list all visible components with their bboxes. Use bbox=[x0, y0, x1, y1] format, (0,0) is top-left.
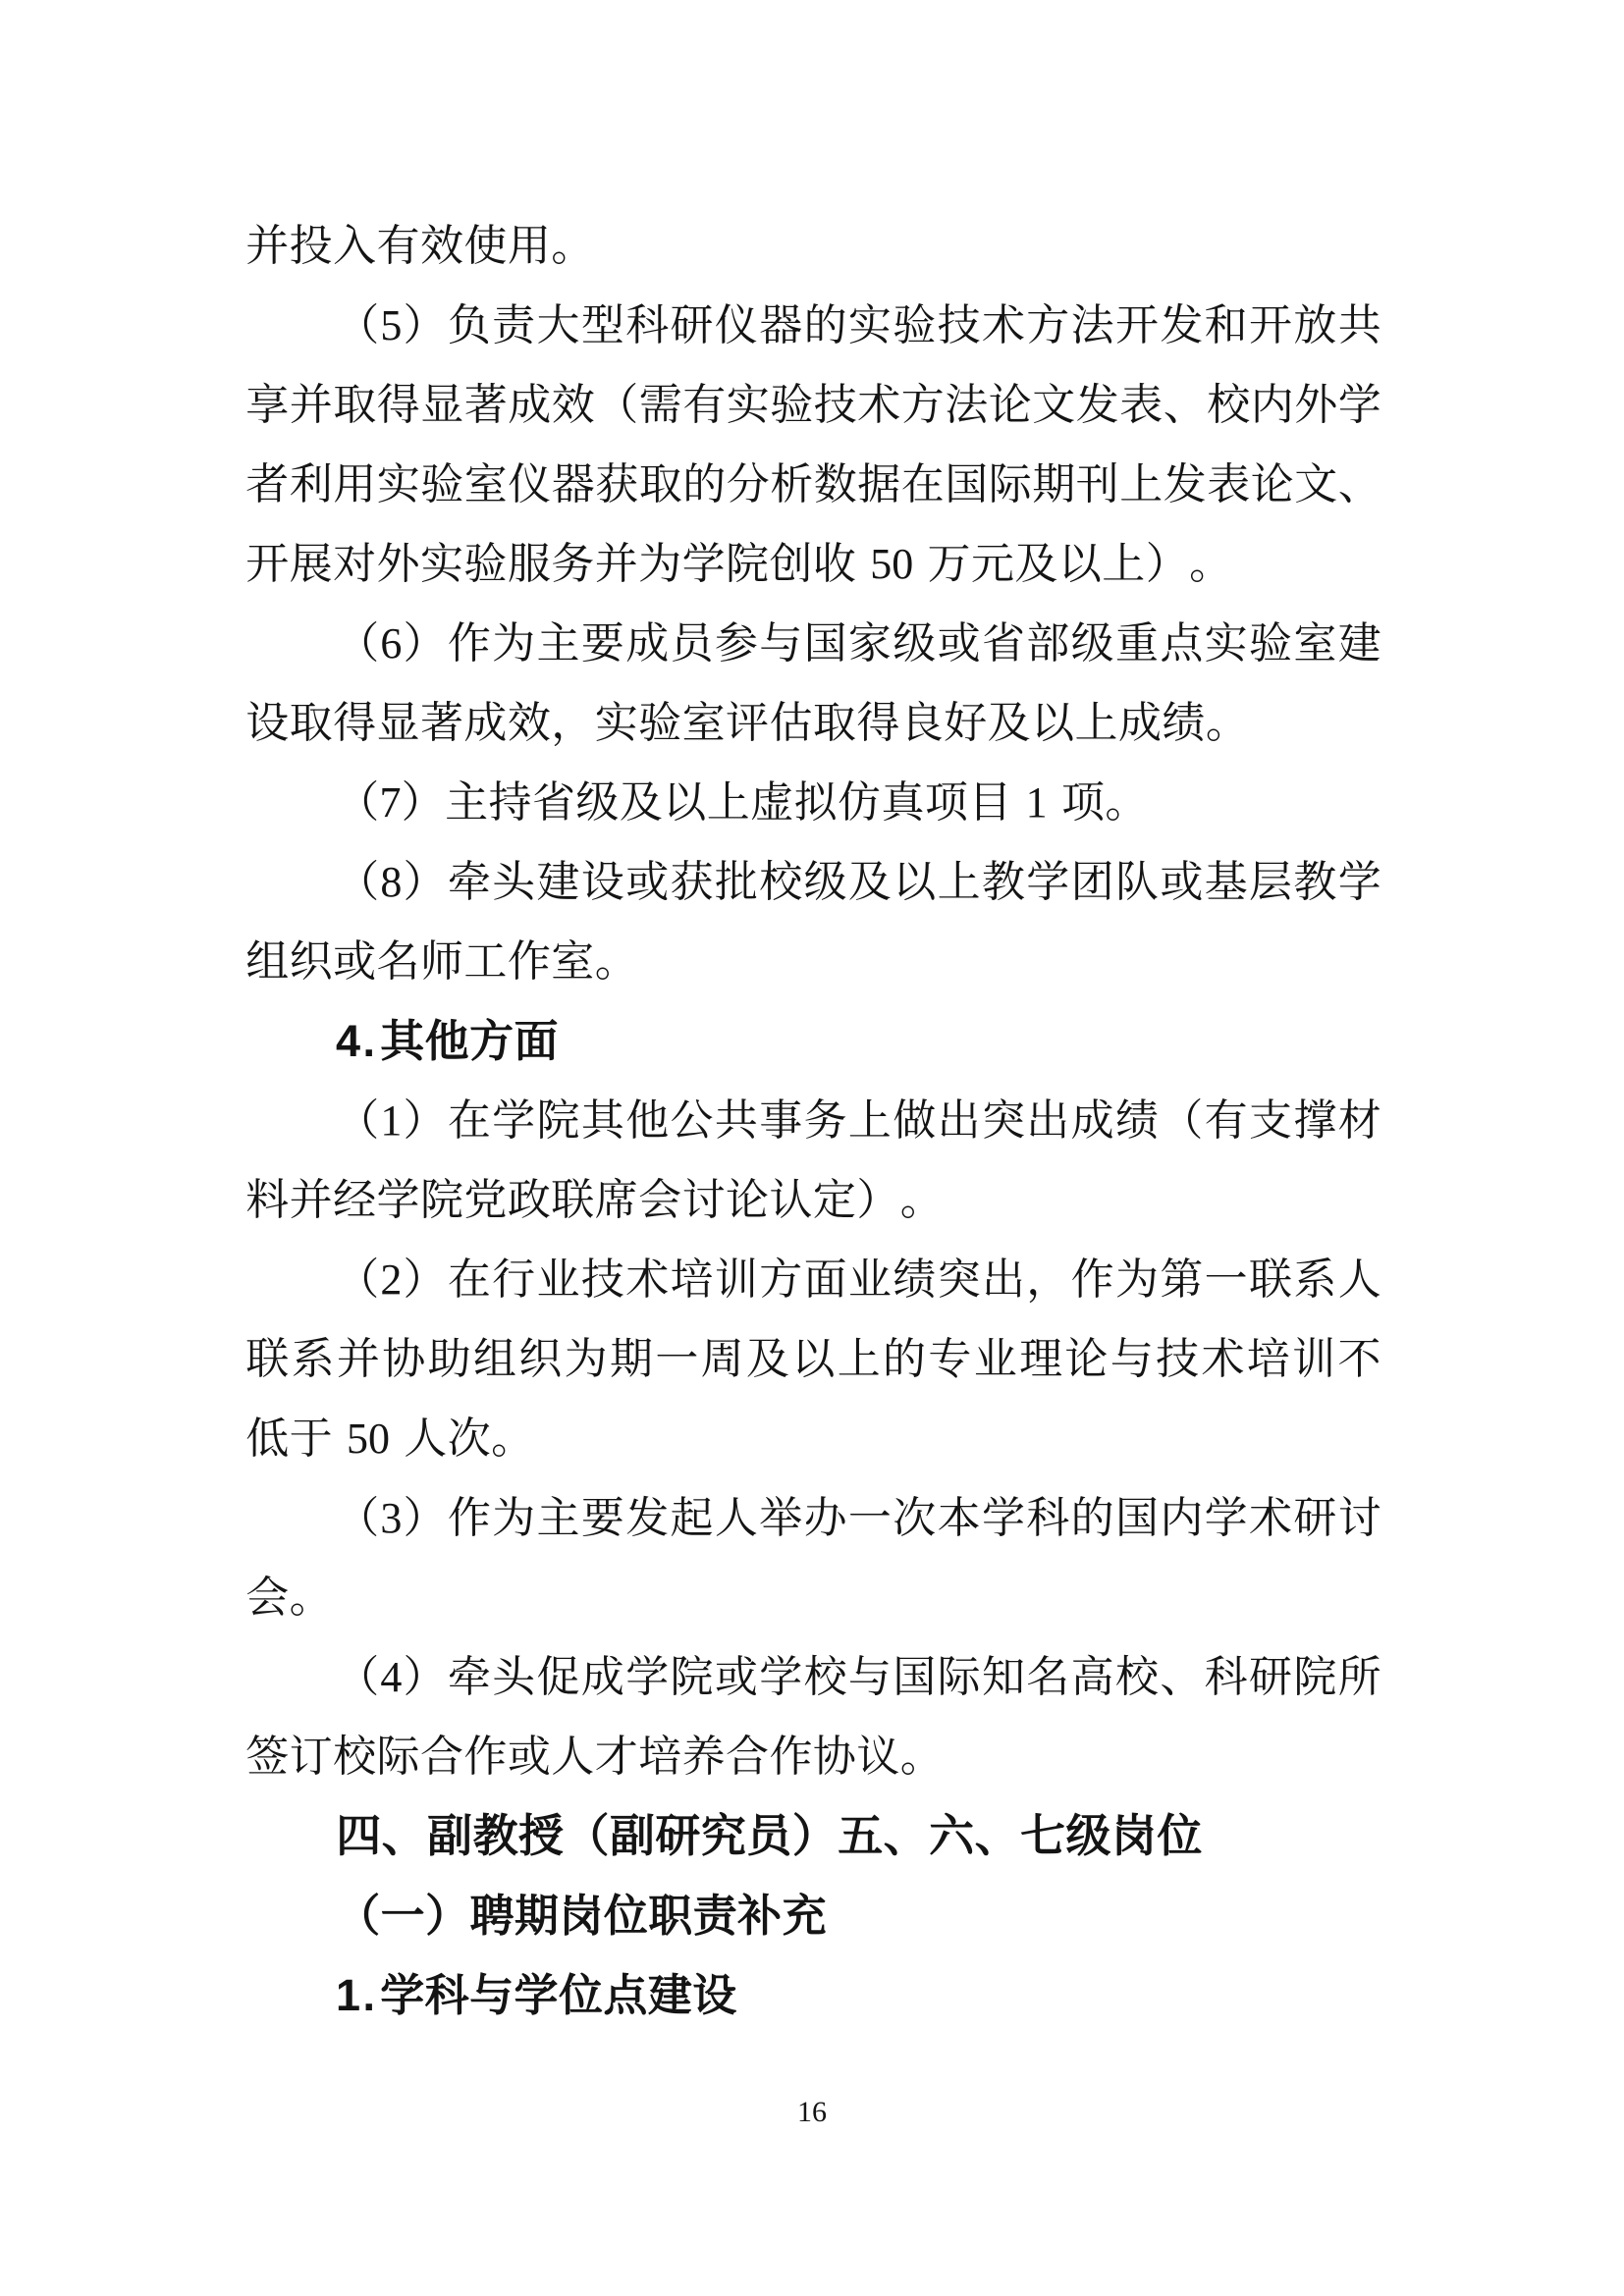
item-7-line: （7）主持省级及以上虚拟仿真项目 1 项。 bbox=[245, 763, 1381, 842]
document-body: 并投入有效使用。 （5）负责大型科研仪器的实验技术方法开发和开放共 享并取得显著… bbox=[245, 206, 1381, 2035]
subsection-heading-duties: （一）聘期岗位职责补充 bbox=[245, 1876, 1381, 1955]
item-2-line: （2）在行业技术培训方面业绩突出，作为第一联系人 bbox=[245, 1240, 1381, 1319]
paragraph-line: 者利用实验室仪器获取的分析数据在国际期刊上发表论文、 bbox=[245, 445, 1381, 524]
item-8-line: （8）牵头建设或获批校级及以上教学团队或基层教学 bbox=[245, 842, 1381, 922]
paragraph-line: 低于 50 人次。 bbox=[245, 1399, 1381, 1478]
item-6-line: （6）作为主要成员参与国家级或省部级重点实验室建 bbox=[245, 604, 1381, 683]
item-3-line: （3）作为主要发起人举办一次本学科的国内学术研讨 bbox=[245, 1478, 1381, 1558]
section-heading-4-other: 4.其他方面 bbox=[245, 1001, 1381, 1081]
item-5-line: （5）负责大型科研仪器的实验技术方法开发和开放共 bbox=[245, 286, 1381, 365]
paragraph-line: 享并取得显著成效（需有实验技术方法论文发表、校内外学 bbox=[245, 365, 1381, 445]
paragraph-line: 并投入有效使用。 bbox=[245, 206, 1381, 286]
paragraph-line: 签订校际合作或人才培养合作协议。 bbox=[245, 1717, 1381, 1796]
paragraph-line: 联系并协助组织为期一周及以上的专业理论与技术培训不 bbox=[245, 1319, 1381, 1399]
page-number: 16 bbox=[0, 2093, 1624, 2132]
chapter-heading-associate-professor: 四、副教授（副研究员）五、六、七级岗位 bbox=[245, 1796, 1381, 1876]
item-4-line: （4）牵头促成学院或学校与国际知名高校、科研院所 bbox=[245, 1637, 1381, 1717]
paragraph-line: 开展对外实验服务并为学院创收 50 万元及以上）。 bbox=[245, 524, 1381, 604]
item-1-line: （1）在学院其他公共事务上做出突出成绩（有支撑材 bbox=[245, 1081, 1381, 1160]
document-page: 并投入有效使用。 （5）负责大型科研仪器的实验技术方法开发和开放共 享并取得显著… bbox=[0, 0, 1624, 2296]
paragraph-line: 设取得显著成效，实验室评估取得良好及以上成绩。 bbox=[245, 683, 1381, 763]
paragraph-line: 会。 bbox=[245, 1558, 1381, 1637]
subsection-heading-discipline: 1.学科与学位点建设 bbox=[245, 1955, 1381, 2035]
paragraph-line: 组织或名师工作室。 bbox=[245, 922, 1381, 1001]
paragraph-line: 料并经学院党政联席会讨论认定）。 bbox=[245, 1160, 1381, 1240]
